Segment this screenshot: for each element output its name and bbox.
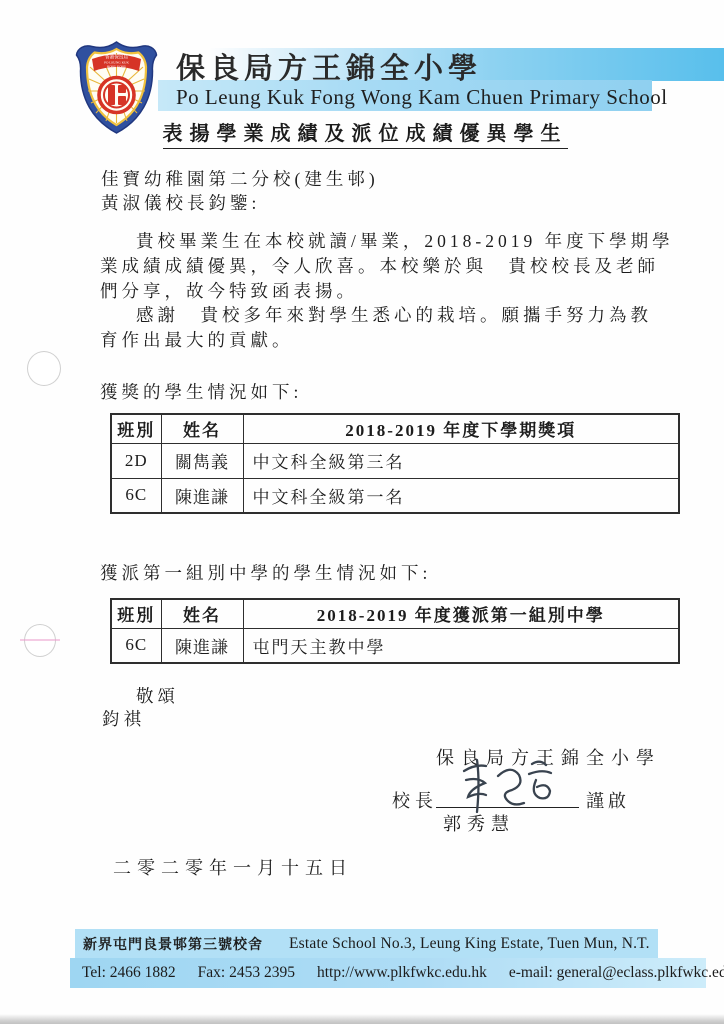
letter-date: 二零二零年一月十五日 <box>113 854 353 880</box>
paragraph-2-line: 育作出最大的貢獻。 <box>100 328 652 353</box>
school-name-zh: 保良局方王錦全小學 <box>176 46 482 87</box>
awards-cell-class: 6C <box>111 478 161 513</box>
principal-label: 校長 <box>392 787 438 813</box>
banding-header-name: 姓名 <box>161 599 243 628</box>
school-name-en: Po Leung Kuk Fong Wong Kam Chuen Primary… <box>176 85 668 110</box>
awards-table-header-row: 班別 姓名 2018-2019 年度下學期獎項 <box>111 414 679 443</box>
footer-website: http://www.plkfwkc.edu.hk <box>317 964 487 982</box>
paragraph-1-line: 們分享，故今特致函表揚。 <box>100 279 674 304</box>
banding-table-header-row: 班別 姓名 2018-2019 年度獲派第一組別中學 <box>111 599 679 628</box>
closing-respect-2: 鈞祺 <box>102 707 145 732</box>
letter-document: 香港保良局 PO LEUNG KUK HONG KONG 保良局方王錦全小學 P… <box>0 0 724 1024</box>
awards-cell-name: 陳進謙 <box>161 478 243 513</box>
principal-signature <box>448 756 574 816</box>
paragraph-1-line: 業成績成績優異，令人欣喜。本校樂於與 貴校校長及老師 <box>100 254 674 279</box>
awards-table-row: 6C 陳進謙 中文科全級第一名 <box>111 478 679 513</box>
banding-table: 班別 姓名 2018-2019 年度獲派第一組別中學 6C 陳進謙 屯門天主教中… <box>110 598 680 664</box>
awards-cell-class: 2D <box>111 443 161 478</box>
banding-intro: 獲派第一組別中學的學生情況如下: <box>100 561 431 586</box>
crest-banner-text-zh: 香港保良局 <box>105 54 128 61</box>
banding-table-row: 6C 陳進謙 屯門天主教中學 <box>111 628 679 663</box>
letter-title: 表揚學業成績及派位成績優異學生 <box>150 117 580 146</box>
principal-name: 郭秀慧 <box>443 810 515 836</box>
recipient-salutation: 黃淑儀校長鈞鑒: <box>101 191 260 216</box>
paragraph-1: 貴校畢業生在本校就讀/畢業，2018-2019 年度下學期學 業成績成績優異，令… <box>100 229 674 304</box>
footer-email: e-mail: general@eclass.plkfwkc.edu.hk <box>509 964 724 982</box>
footer-fax: Fax: 2453 2395 <box>198 964 295 982</box>
footer-tel: Tel: 2466 1882 <box>82 964 176 982</box>
footer-contact-band: Tel: 2466 1882 Fax: 2453 2395 http://www… <box>70 958 706 988</box>
recipient-school: 佳寶幼稚園第二分校(建生邨) <box>101 167 379 192</box>
awards-header-award: 2018-2019 年度下學期獎項 <box>243 414 679 443</box>
awards-table-row: 2D 關雋義 中文科全級第三名 <box>111 443 679 478</box>
closing-respect-1: 敬頌 <box>136 684 179 709</box>
page-bottom-edge <box>0 1014 724 1024</box>
awards-intro: 獲獎的學生情況如下: <box>100 380 302 405</box>
awards-header-name: 姓名 <box>161 414 243 443</box>
banding-cell-school: 屯門天主教中學 <box>243 628 679 663</box>
banding-header-class: 班別 <box>111 599 161 628</box>
paragraph-1-line: 貴校畢業生在本校就讀/畢業，2018-2019 年度下學期學 <box>100 229 674 254</box>
awards-header-class: 班別 <box>111 414 161 443</box>
awards-cell-award: 中文科全級第一名 <box>243 478 679 513</box>
banding-header-school: 2018-2019 年度獲派第一組別中學 <box>243 599 679 628</box>
paragraph-2-line: 感謝 貴校多年來對學生悉心的栽培。願攜手努力為教 <box>100 303 652 328</box>
awards-cell-name: 關雋義 <box>161 443 243 478</box>
footer-address-zh: 新界屯門良景邨第三號校舍 <box>83 934 263 954</box>
sign-off-label: 謹啟 <box>586 787 630 813</box>
punch-hole-top <box>27 351 61 386</box>
letter-title-text: 表揚學業成績及派位成績優異學生 <box>163 123 568 149</box>
footer-address-band: 新界屯門良景邨第三號校舍 Estate School No.3, Leung K… <box>75 929 658 958</box>
footer-address-en: Estate School No.3, Leung King Estate, T… <box>289 935 650 953</box>
pink-scan-line <box>20 639 60 641</box>
banding-cell-class: 6C <box>111 628 161 663</box>
banding-cell-name: 陳進謙 <box>161 628 243 663</box>
crest-banner-text-en2: HONG KONG <box>107 64 127 68</box>
awards-table: 班別 姓名 2018-2019 年度下學期獎項 2D 關雋義 中文科全級第三名 … <box>110 413 680 514</box>
awards-cell-award: 中文科全級第三名 <box>243 443 679 478</box>
paragraph-2: 感謝 貴校多年來對學生悉心的栽培。願攜手努力為教 育作出最大的貢獻。 <box>100 303 652 353</box>
